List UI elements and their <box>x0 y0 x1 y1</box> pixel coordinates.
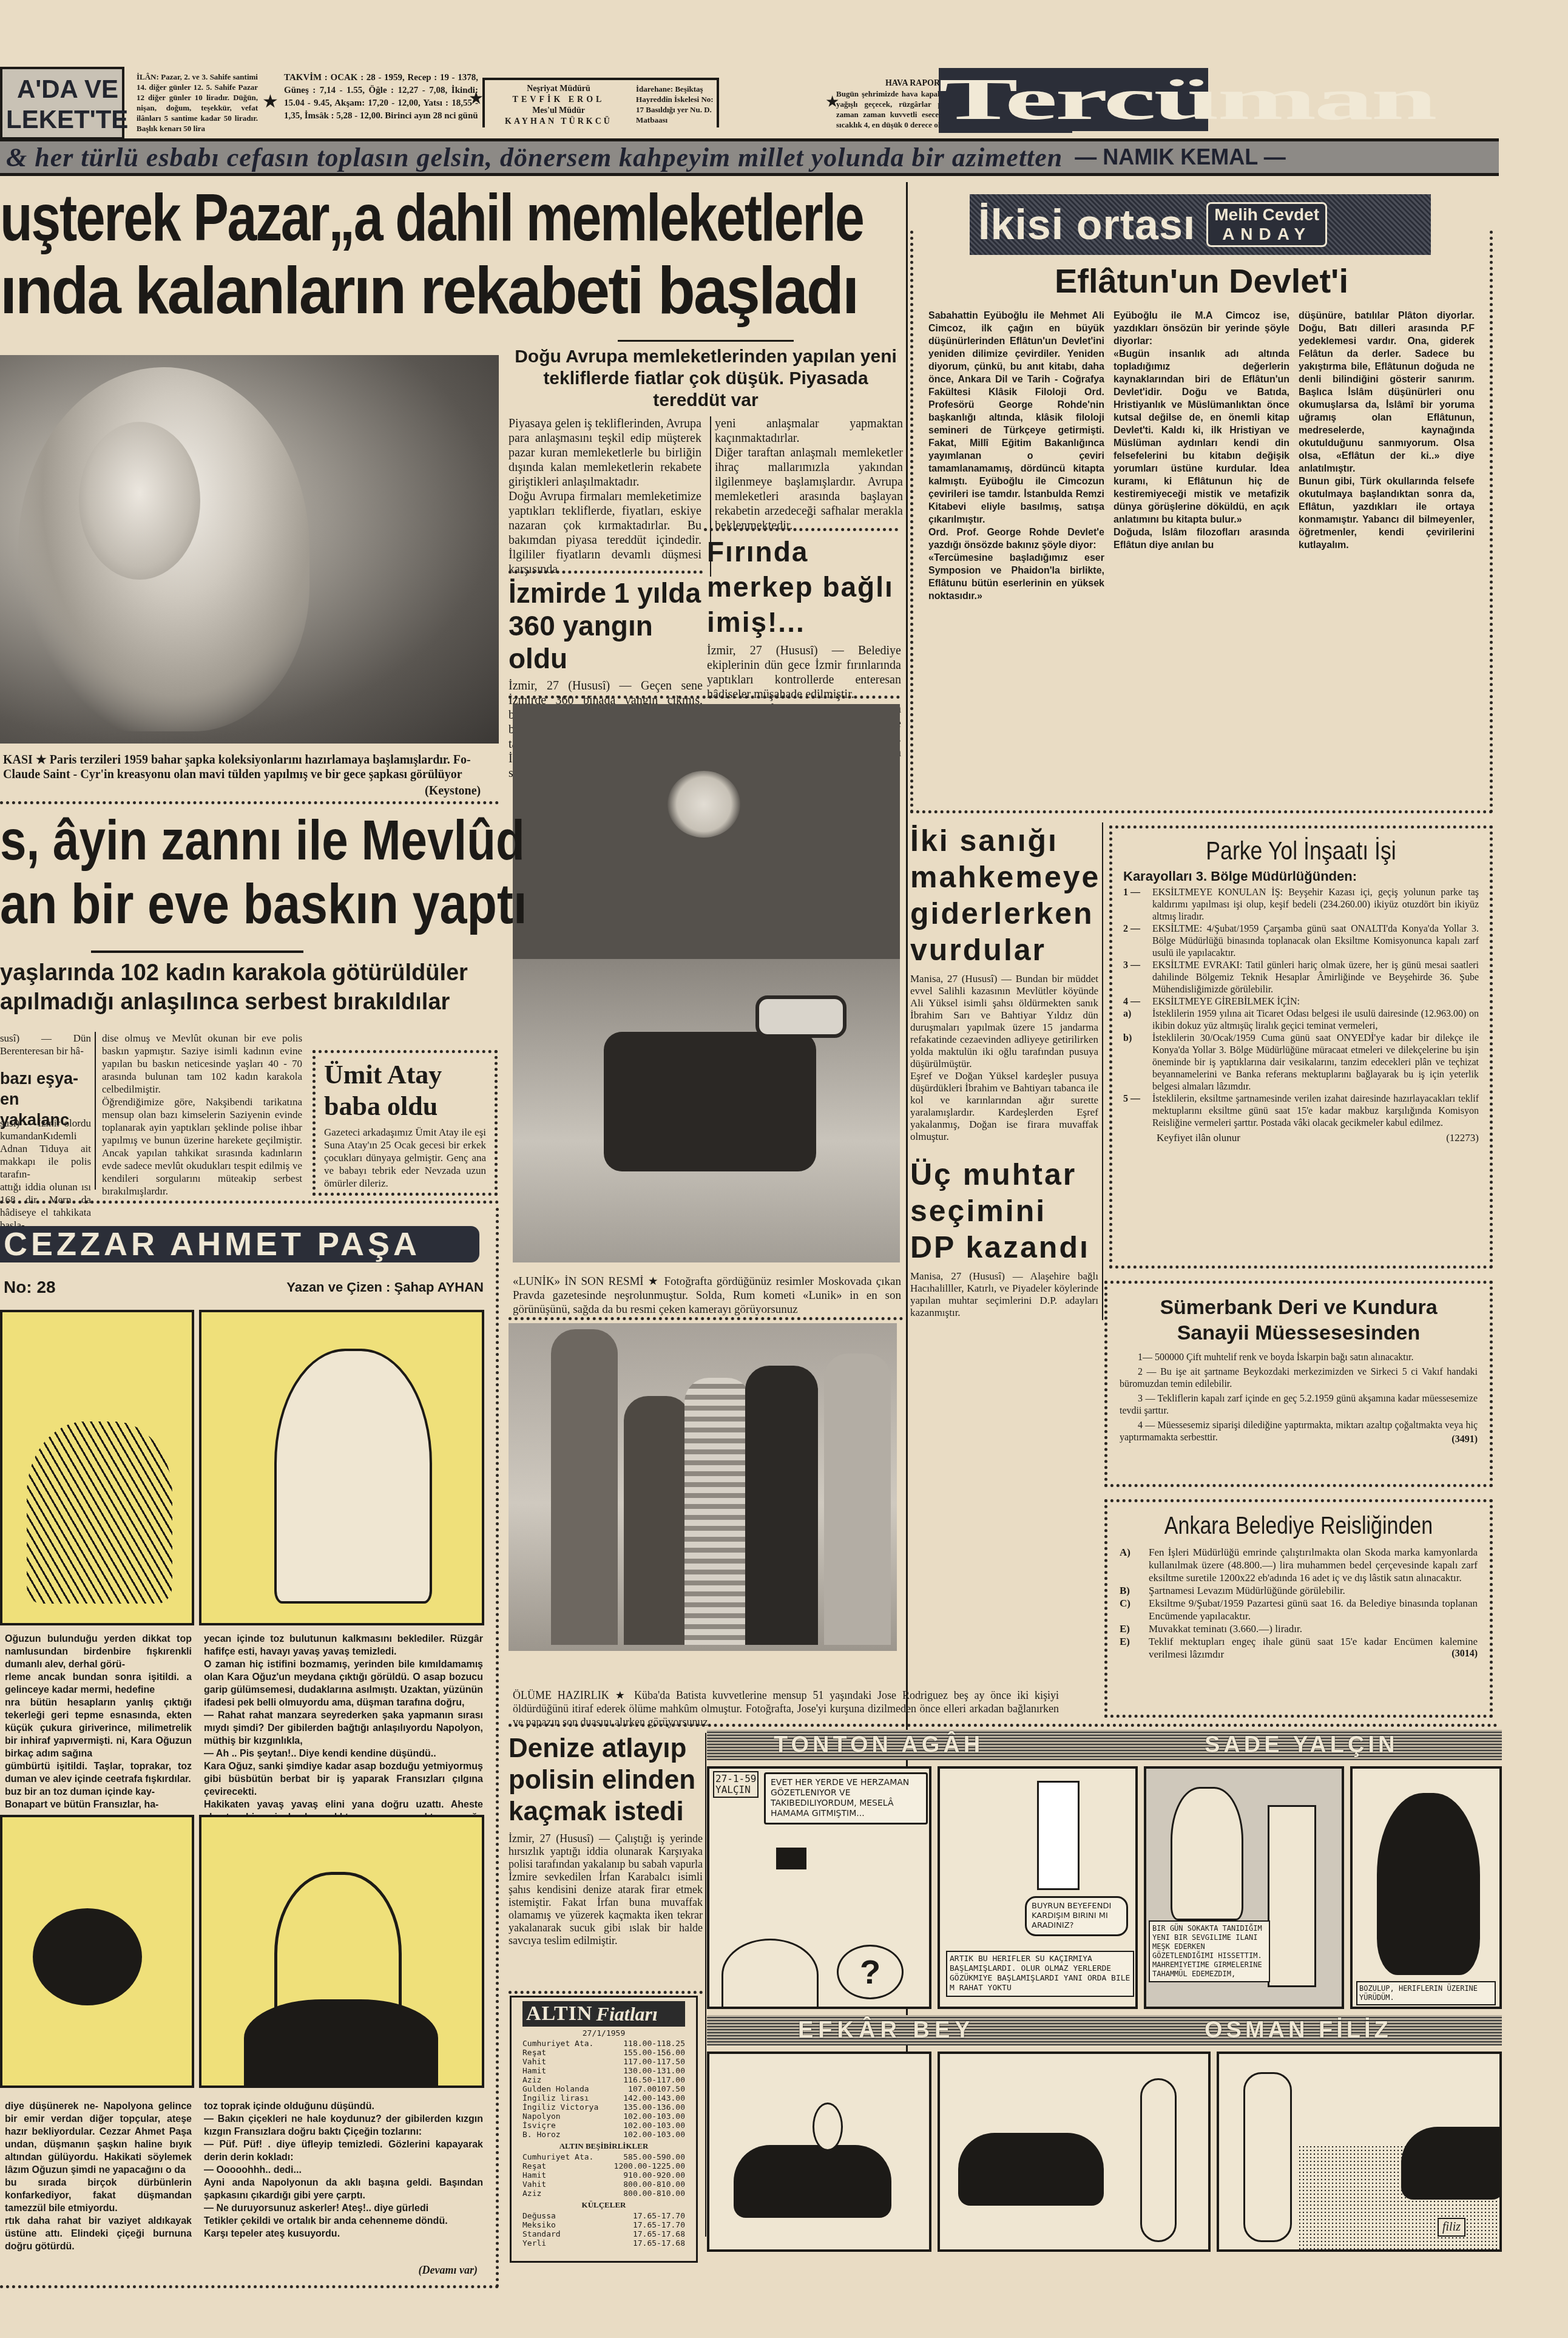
lunik-photo <box>513 704 900 1262</box>
masthead-left-tab: A'DA VE LEKET'TE <box>0 67 124 140</box>
ad-item-text: Şartnamesi Levazım Müdürlüğünde görülebi… <box>1149 1584 1345 1597</box>
gold-row: Napolyon102.00-103.00 <box>522 2112 685 2121</box>
tonton-title: TONTON AGÂH <box>707 1730 1095 1760</box>
rule <box>95 1032 96 1190</box>
napoleon-figure <box>274 1349 432 1604</box>
ad-item-text: EKSİLTMEYE KONULAN İŞ: Beyşehir Kazası i… <box>1152 887 1479 923</box>
face-shape <box>79 422 200 580</box>
ad-item-text: EKSİLTMEYE GİREBİLMEK İÇİN: <box>1152 996 1300 1008</box>
cezzar-serial: CEZZAR AHMET PAŞA No: 28 Yazan ve Çizen … <box>0 1208 499 2288</box>
motto-banner: & her türlü esbabı cefasın toplasın gels… <box>0 138 1499 176</box>
ad-item-number: 2 — <box>1123 923 1147 960</box>
parke-items: 1 —EKSİLTMEYE KONULAN İŞ: Beyşehir Kazas… <box>1123 887 1479 1130</box>
gold-price: 102.00-103.00 <box>623 2112 685 2121</box>
star-icon: ★ <box>468 88 484 108</box>
gold-section-3: KÜLÇELER <box>522 2200 685 2210</box>
gold-name: Reşat <box>522 2162 546 2171</box>
gold-row: İngiliz Victorya135.00-136.00 <box>522 2103 685 2112</box>
lead-col1: Piyasaya gelen iş tekliflerinden, Avrupa… <box>509 416 701 577</box>
divider <box>0 801 499 806</box>
cezzar-number: No: 28 <box>4 1278 56 1297</box>
execution-photo <box>509 1323 897 1651</box>
sumerbank-item: 1— 500000 Çift muhtelif renk ve boyda İs… <box>1120 1352 1478 1364</box>
osman-title: OSMAN FİLİZ <box>1095 2015 1502 2045</box>
ad-item-number: B) <box>1120 1584 1144 1597</box>
sumerbank-item: 3 — Tekliflerin kapalı zarf içinde en ge… <box>1120 1393 1478 1417</box>
gold-table-3: Değussa17.65-17.70Meksiko17.65-17.70Stan… <box>522 2212 685 2248</box>
divider <box>509 1724 1498 1729</box>
ad-item-number: 1 — <box>1123 887 1147 923</box>
gold-row: Cumhuriyet Ata.118.00-118.25 <box>522 2039 685 2048</box>
ad-item-text: Fen İşleri Müdürlüğü emrinde çalıştırılm… <box>1149 1546 1478 1584</box>
gold-row: Gulden Holanda107.00107.50 <box>522 2085 685 2094</box>
camera-lens <box>755 995 847 1038</box>
gold-name: Değussa <box>522 2212 556 2221</box>
fashion-credit: (Keystone) <box>425 783 481 799</box>
efkar-title: EFKÂR BEY <box>707 2015 1095 2045</box>
mevlud-sub-2: apılmadığı anlaşılınca serbest bırakıldı… <box>0 988 450 1016</box>
sade-panel-1: Bir gün sokakta tanıdığım yeni bir sevgi… <box>1144 1766 1344 2009</box>
efkar-panel-2 <box>938 2052 1211 2252</box>
camera-photo <box>513 959 900 1262</box>
ad-item: C)Eksiltme 9/Şubat/1959 Pazartesi günü s… <box>1120 1597 1478 1622</box>
ad-item: a)İsteklilerin 1959 yılına ait Ticaret O… <box>1123 1008 1479 1032</box>
idare-address: İdarehane: Beşiktaş Hayreddin İskelesi N… <box>632 80 717 127</box>
column-title: Eflâtun'un Devlet'i <box>910 261 1493 300</box>
gold-price: 142.00-143.00 <box>623 2094 685 2103</box>
tonton-caption: Artık bu herifler su kaçırmıya başlamışl… <box>946 1951 1134 1997</box>
sade-caption-1: Bir gün sokakta tanıdığım yeni bir sevgi… <box>1149 1920 1270 1982</box>
driver <box>813 2103 843 2151</box>
ad-item: A)Fen İşleri Müdürlüğü emrinde çalıştırı… <box>1120 1546 1478 1584</box>
woman-slap <box>1243 2072 1292 2242</box>
tonton-bubble-1: Evet her yerde ve herzaman gözetleniyor … <box>764 1772 928 1825</box>
lead-subhead: Doğu Avrupa memleketlerinden yapılan yen… <box>509 346 903 412</box>
gold-row: İsviçre102.00-103.00 <box>522 2121 685 2130</box>
iki-sanik-body: Manisa, 27 (Hususî) — Bundan bir müddet … <box>910 973 1098 1143</box>
gold-row: Meksiko17.65-17.70 <box>522 2221 685 2230</box>
artist-signature: filiz <box>1438 2218 1465 2237</box>
gold-banner: ALTIN Fiatları <box>522 2001 685 2027</box>
column-col1: Sabahattin Eyüboğlu ile Mehmet Ali Cimco… <box>928 310 1104 603</box>
gold-row: Aziz116.50-117.00 <box>522 2076 685 2085</box>
lunik-caption: «LUNİK» İN SON RESMİ ★ Fotoğrafta gördüğ… <box>513 1275 901 1316</box>
cezzar-banner: CEZZAR AHMET PAŞA <box>0 1226 479 1262</box>
figure <box>27 1421 172 1604</box>
gold-price: 135.00-136.00 <box>623 2103 685 2112</box>
figure-soldier <box>551 1329 618 1645</box>
figure-priest <box>745 1366 818 1645</box>
parke-title: Parke Yol İnşaatı İşi <box>1150 836 1452 866</box>
iki-sanik-story: İki sanığı mahkemeye giderlerken vurdula… <box>910 822 1098 1143</box>
ad-item-text: İsteklilerin 1959 yılına ait Ticaret Oda… <box>1152 1008 1479 1032</box>
lead-headline-2: ında kalanların rekabeti başladı <box>0 255 857 327</box>
gold-name: Hamit <box>522 2067 546 2076</box>
mesul-name: KAYHAN TÜRKCÜ <box>485 117 632 127</box>
gold-row: İngiliz lirası142.00-143.00 <box>522 2094 685 2103</box>
gold-row: Değussa17.65-17.70 <box>522 2212 685 2221</box>
ad-item-text: Muvakkat teminatı (3.660.—) liradır. <box>1149 1622 1302 1635</box>
ad-item: E)Muvakkat teminatı (3.660.—) liradır. <box>1120 1622 1478 1635</box>
gold-table-2: Cumhuriyet Ata.585.00-590.00Reşat1200.00… <box>522 2153 685 2198</box>
gold-prices-box: ALTIN Fiatları 27/1/1959 Cumhuriyet Ata.… <box>510 1996 698 2263</box>
ad-item: 4 —EKSİLTMEYE GİREBİLMEK İÇİN: <box>1123 996 1479 1008</box>
staff-box: Neşriyat Müdürü TEVFİK EROL Mes'ul Müdür… <box>482 78 719 127</box>
uc-muhtar-story: Üç muhtar seçimini DP kazandı Manisa, 27… <box>910 1156 1098 1319</box>
gold-title-bold: ALTIN <box>526 2002 593 2025</box>
rule <box>91 950 303 953</box>
parke-code: (12273) <box>1446 1132 1479 1144</box>
gold-name: Meksiko <box>522 2221 556 2230</box>
motto-text: & her türlü esbabı cefasın toplasın gels… <box>6 142 1063 173</box>
ad-item-number: E) <box>1120 1635 1144 1661</box>
author-first: Melih Cevdet <box>1214 205 1319 225</box>
comic-header-1: TONTON AGÂH SADE YALÇIN <box>707 1730 1502 1760</box>
parke-footer: Keyfiyet ilân olunur <box>1157 1132 1240 1144</box>
thought-bubble: ? <box>837 1945 904 1999</box>
silhouette <box>33 1908 142 2005</box>
ad-item-text: İsteklilerin 30/Ocak/1959 Cuma günü saat… <box>1152 1032 1479 1093</box>
gold-price: 118.00-118.25 <box>623 2039 685 2048</box>
izmir-fire-headline: İzmirde 1 yılda 360 yangın oldu <box>509 577 703 675</box>
tonton-panel-2: Buyrun beyefendi kardişim birini mi arad… <box>938 1766 1138 2009</box>
gold-row: B. Horoz102.00-103.00 <box>522 2130 685 2140</box>
figure-guard <box>824 1354 891 1645</box>
nesriyat-name: TEVFİK EROL <box>485 95 632 106</box>
gold-row: Hamit910.00-920.00 <box>522 2171 685 2180</box>
officer-body <box>244 1999 438 2088</box>
gold-price: 102.00-103.00 <box>623 2121 685 2130</box>
gold-row: Yerli17.65-17.68 <box>522 2239 685 2248</box>
gold-row: Reşat1200.00-1225.00 <box>522 2162 685 2171</box>
comic-header-2: EFKÂR BEY OSMAN FİLİZ <box>707 2015 1502 2045</box>
ankara-title: Ankara Belediye Reisliğinden <box>1146 1511 1451 1541</box>
mevlud-headline-1: s, âyin zannı ile Mevlûd <box>0 810 525 871</box>
mevlud-sub-1: yaşlarında 102 kadın karakola götürüldül… <box>0 959 468 987</box>
tophat-man <box>776 1848 806 1869</box>
lead-headline-1: uşterek Pazar„a dahil memleketlerle <box>0 182 922 254</box>
gold-name: Hamit <box>522 2171 546 2180</box>
divider <box>704 528 898 533</box>
ad-item-text: EKSİLTME: 4/Şubat/1959 Çarşamba günü saa… <box>1152 923 1479 960</box>
cezzar-byline: Yazan ve Çizen : Şahap AYHAN <box>286 1279 484 1295</box>
gold-price: 17.65-17.70 <box>633 2221 685 2230</box>
ad-item-number: E) <box>1120 1622 1144 1635</box>
camera-body <box>604 1032 816 1171</box>
gold-row: Reşat155.00-156.00 <box>522 2048 685 2058</box>
denize-body: İzmir, 27 (Hususî) — Çalıştığı iş yerind… <box>509 1832 703 1947</box>
ilan-rates: İLÂN: Pazar, 2. ve 3. Sahife santimi 14.… <box>137 72 258 134</box>
cezzar-text-right-2: toz toprak içinde olduğunu düşündü. — Ba… <box>204 2100 483 2240</box>
gold-price: 1200.00-1225.00 <box>614 2162 685 2171</box>
sade-caption-2: Bozulup, heriflerin üzerine yürüdüm. <box>1356 1981 1496 2005</box>
comics-section: TONTON AGÂH SADE YALÇIN 27-1-59 YALÇIN E… <box>707 1730 1502 2264</box>
cezzar-panel-1 <box>0 1310 194 1625</box>
sade-title: SADE YALÇIN <box>1095 1730 1502 1760</box>
cezzar-text-left-1: Oğuzun bulunduğu yerden dikkat top namlu… <box>5 1633 192 1811</box>
tonton-date: 27-1-59 YALÇIN <box>713 1771 759 1798</box>
gold-table: Cumhuriyet Ata.118.00-118.25Reşat155.00-… <box>522 2039 685 2140</box>
column-col2: Eyüboğlu ile M.A Cimcoz ise, yazdıkları … <box>1113 310 1289 552</box>
gold-name: Napolyon <box>522 2112 561 2121</box>
gold-name: Standard <box>522 2230 561 2239</box>
rule <box>705 1733 706 2237</box>
osman-panel-3: filiz <box>1217 2052 1502 2252</box>
gold-price: 800.00-810.00 <box>623 2189 685 2198</box>
gold-name: Vahit <box>522 2058 546 2067</box>
nesriyat-label: Neşriyat Müdürü <box>485 84 632 95</box>
ad-item-number: a) <box>1123 1008 1147 1032</box>
ad-item-number: b) <box>1123 1032 1147 1093</box>
divider <box>509 696 900 700</box>
gold-name: Cumhuriyet Ata. <box>522 2153 593 2162</box>
newspaper-logo-text: Tercüman <box>939 68 1208 131</box>
uc-muhtar-body: Manisa, 27 (Hususî) — Alaşehire bağlı Ha… <box>910 1270 1098 1319</box>
sumerbank-item: 2 — Bu işe ait şartname Beykozdaki merke… <box>1120 1366 1478 1391</box>
gold-name: Cumhuriyet Ata. <box>522 2039 593 2048</box>
parke-ad: Parke Yol İnşaatı İşi Karayolları 3. Böl… <box>1109 825 1493 1269</box>
gold-row: Vahit117.00-117.50 <box>522 2058 685 2067</box>
divider <box>509 1991 703 1996</box>
motto-author: — NAMIK KEMAL — <box>1075 144 1285 170</box>
gold-price: 17.65-17.68 <box>633 2239 685 2248</box>
woman <box>1140 2078 1177 2242</box>
mesul-label: Mes'ul Müdür <box>485 106 632 117</box>
fashion-photo <box>0 355 499 744</box>
ornament-rule <box>618 340 794 342</box>
umit-atay-box: Ümit Atay baba oldu Gazeteci arkadaşımız… <box>313 1050 498 1196</box>
car <box>958 2133 1104 2206</box>
bather <box>721 1939 819 2009</box>
efkar-panel-1 <box>707 2052 931 2252</box>
gold-price: 130.00-131.00 <box>623 2067 685 2076</box>
gold-price: 17.65-17.68 <box>633 2230 685 2239</box>
gold-row: Cumhuriyet Ata.585.00-590.00 <box>522 2153 685 2162</box>
rule <box>1102 822 1103 1320</box>
gold-price: 17.65-17.70 <box>633 2212 685 2221</box>
uc-muhtar-headline: Üç muhtar seçimini DP kazandı <box>910 1156 1098 1266</box>
gold-price: 800.00-810.00 <box>623 2180 685 2189</box>
fashion-caption: KASI ★ Paris terzileri 1959 bahar şapka … <box>3 753 501 782</box>
umit-atay-body: Gazeteci arkadaşımız Ümit Atay ile eşi S… <box>324 1126 486 1190</box>
cezzar-panel-3 <box>0 1815 194 2088</box>
firin-headline: Fırında merkep bağlı imiş!... <box>707 534 901 640</box>
column-banner: İkisi ortası Melih Cevdet ANDAY <box>970 194 1431 255</box>
iki-sanik-headline: İki sanığı mahkemeye giderlerken vurdula… <box>910 822 1098 968</box>
gold-name: Vahit <box>522 2180 546 2189</box>
column-banner-title: İkisi ortası <box>978 200 1195 249</box>
gold-row: Vahit800.00-810.00 <box>522 2180 685 2189</box>
tonton-bubble-2: Buyrun beyefendi kardişim birini mi arad… <box>1025 1896 1128 1936</box>
denize-headline: Denize atlayıp polisin elinden kaçmak is… <box>509 1733 703 1828</box>
figure-man <box>624 1396 691 1645</box>
gold-name: Aziz <box>522 2189 541 2198</box>
gold-row: Standard17.65-17.68 <box>522 2230 685 2239</box>
running-man <box>1377 1793 1480 1975</box>
star-icon: ★ <box>262 91 279 112</box>
divider <box>509 1317 903 1322</box>
ad-item: E)Teklif mektupları engeç ihale günü saa… <box>1120 1635 1478 1661</box>
ad-item-text: EKSİLTME EVRAKI: Tatil günleri hariç olm… <box>1152 960 1479 996</box>
comet-photo <box>513 704 900 959</box>
sumerbank-title-2: Sanayii Müessesesinden <box>1120 1320 1478 1346</box>
gold-price: 910.00-920.00 <box>623 2171 685 2180</box>
cezzar-continued: (Devamı var) <box>419 2264 478 2277</box>
cezzar-text-left-2: diye düşünerek ne- Napolyona gelince bir… <box>5 2100 192 2253</box>
gold-price: 117.00-117.50 <box>623 2058 685 2067</box>
gold-name: Gulden Holanda <box>522 2085 589 2094</box>
hat-man <box>1268 1805 1316 1987</box>
sumerbank-title-1: Sümerbank Deri ve Kundura <box>1120 1295 1478 1320</box>
ad-item-text: Teklif mektupları engeç ihale günü saat … <box>1149 1635 1478 1661</box>
gold-name: Yerli <box>522 2239 546 2248</box>
ad-item: 2 —EKSİLTME: 4/Şubat/1959 Çarşamba günü … <box>1123 923 1479 960</box>
ad-item-number: 3 — <box>1123 960 1147 996</box>
door <box>1037 1781 1080 1890</box>
divider <box>509 571 703 575</box>
takvim: TAKVİM : OCAK : 28 - 1959, Recep : 19 - … <box>284 72 478 123</box>
ad-item-text: İsteklilerin, eksiltme şartnamesinde ver… <box>1152 1093 1479 1130</box>
ad-item: 1 —EKSİLTMEYE KONULAN İŞ: Beyşehir Kazas… <box>1123 887 1479 923</box>
gold-name: B. Horoz <box>522 2130 561 2140</box>
umit-atay-headline: Ümit Atay baba oldu <box>324 1059 486 1122</box>
figure-prisoner <box>684 1378 751 1645</box>
cezzar-panel-4 <box>199 1815 484 2088</box>
gold-row: Hamit130.00-131.00 <box>522 2067 685 2076</box>
ad-item-number: C) <box>1120 1597 1144 1622</box>
ankara-ad: Ankara Belediye Reisliğinden A)Fen İşler… <box>1104 1499 1493 1718</box>
ad-item: b)İsteklilerin 30/Ocak/1959 Cuma günü sa… <box>1123 1032 1479 1093</box>
mevlud-mid: dise olmuş ve Mevlût okunan bir eve poli… <box>102 1032 302 1198</box>
gold-name: İngiliz lirası <box>522 2094 589 2103</box>
ad-item-number: 5 — <box>1123 1093 1147 1130</box>
car <box>1401 2127 1502 2200</box>
gold-section-2: ALTIN BEŞİBİRLİKLER <box>522 2141 685 2151</box>
column-col3: düşünüre, batılılar Plâton diyorlar. Doğ… <box>1299 310 1475 552</box>
mevlud-headline-2: an bir eve baskın yaptı <box>0 874 527 935</box>
gold-price: 116.50-117.00 <box>623 2076 685 2085</box>
ankara-items: A)Fen İşleri Müdürlüğü emrinde çalıştırı… <box>1120 1546 1478 1661</box>
divider <box>0 1201 499 1205</box>
gold-title-script: Fiatları <box>596 2003 658 2025</box>
ad-item-number: 4 — <box>1123 996 1147 1008</box>
ad-item-text: Eksiltme 9/Şubat/1959 Pazartesi günü saa… <box>1149 1597 1478 1622</box>
denize-story: Denize atlayıp polisin elinden kaçmak is… <box>509 1733 703 1947</box>
gold-price: 155.00-156.00 <box>623 2048 685 2058</box>
gold-name: İsviçre <box>522 2121 556 2130</box>
author-badge: Melih Cevdet ANDAY <box>1206 202 1327 247</box>
car <box>734 2145 891 2218</box>
execution-caption: ÖLÜME HAZIRLIK ★ Küba'da Batista kuvvetl… <box>513 1689 1059 1729</box>
sumerbank-items: 1— 500000 Çift muhtelif renk ve boyda İs… <box>1120 1352 1478 1444</box>
gold-name: İngiliz Victorya <box>522 2103 598 2112</box>
gold-name: Aziz <box>522 2076 541 2085</box>
author-last: ANDAY <box>1214 225 1319 244</box>
gold-price: 102.00-103.00 <box>623 2130 685 2140</box>
comet-glow <box>667 771 740 838</box>
gold-price: 107.00107.50 <box>628 2085 685 2094</box>
sumerbank-ad: Sümerbank Deri ve Kundura Sanayii Müesse… <box>1104 1281 1493 1487</box>
gold-row: Aziz800.00-810.00 <box>522 2189 685 2198</box>
ad-item: 3 —EKSİLTME EVRAKI: Tatil günleri hariç … <box>1123 960 1479 996</box>
ad-item: 5 —İsteklilerin, eksiltme şartnamesinde … <box>1123 1093 1479 1130</box>
tonton-panel-1: 27-1-59 YALÇIN Evet her yerde ve herzama… <box>707 1766 931 2009</box>
gold-name: Reşat <box>522 2048 546 2058</box>
mevlud-left-top: susî) — Dün Berenteresan bir hâ- <box>0 1032 91 1057</box>
parke-issuer: Karayolları 3. Bölge Müdürlüğünden: <box>1123 869 1479 884</box>
sade-panel-2: Bozulup, heriflerin üzerine yürüdüm. <box>1350 1766 1502 2009</box>
ad-item: B)Şartnamesi Levazım Müdürlüğünde görüle… <box>1120 1584 1478 1597</box>
gold-price: 585.00-590.00 <box>623 2153 685 2162</box>
cezzar-panel-2 <box>199 1310 484 1625</box>
ad-item-number: A) <box>1120 1546 1144 1584</box>
gold-date: 27/1/1959 <box>522 2029 685 2038</box>
couple <box>1171 1787 1243 1920</box>
